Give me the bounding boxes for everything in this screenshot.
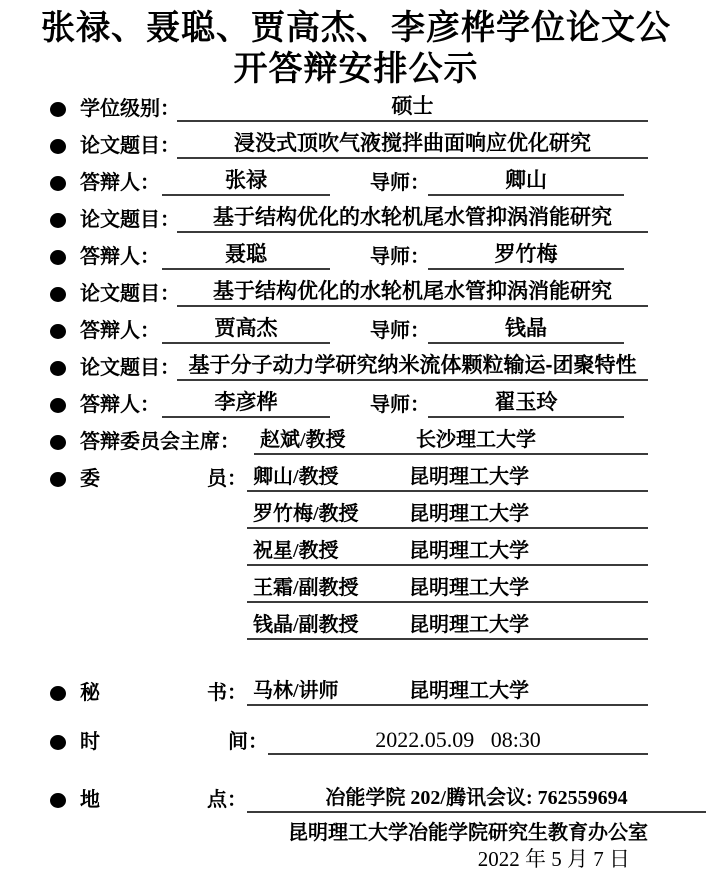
secretary-label-char1: 秘: [80, 681, 100, 706]
bullet-icon: [50, 324, 66, 339]
thesis-field: 基于结构优化的水轮机尾水管抑涡消能研究: [177, 205, 648, 233]
supervisor-label: 导师：: [370, 319, 428, 344]
bullet-icon: [50, 250, 66, 265]
thesis-field: 基于分子动力学研究纳米流体颗粒输运-团聚特性: [177, 353, 648, 381]
time-value: 2022.05.09 08:30: [375, 727, 541, 752]
supervisor-field: 钱晶: [428, 316, 624, 344]
defender-label: 答辩人：: [80, 319, 162, 344]
chair-name: 赵斌/教授: [254, 427, 416, 453]
member-university: 昆明理工大学: [409, 538, 529, 564]
supervisor-value: 钱晶: [505, 317, 547, 340]
member-name: 钱晶/副教授: [247, 612, 409, 638]
degree-row: 学位级别： 硕士: [50, 94, 648, 122]
defender-value: 贾高杰: [215, 317, 278, 340]
page-title: 张禄、聂聪、贾高杰、李彦桦学位论文公 开答辩安排公示: [0, 0, 712, 90]
supervisor-field: 卿山: [428, 168, 624, 196]
secretary-university: 昆明理工大学: [409, 678, 529, 704]
thesis-label: 论文题目：: [80, 356, 177, 381]
degree-value: 硕士: [392, 95, 434, 118]
place-label: 地点：: [80, 788, 247, 813]
thesis-field: 浸没式顶吹气液搅拌曲面响应优化研究: [177, 131, 648, 159]
secretary-field: 马林/讲师 昆明理工大学: [247, 678, 648, 706]
thesis-row: 论文题目： 基于结构优化的水轮机尾水管抑涡消能研究: [50, 196, 648, 233]
place-label-char1: 地: [80, 788, 100, 813]
supervisor-field: 翟玉玲: [428, 390, 624, 418]
supervisor-value: 卿山: [505, 169, 547, 192]
defender-row: 答辩人： 李彦桦 导师： 翟玉玲: [50, 381, 648, 418]
chair-row: 答辩委员会主席： 赵斌/教授 长沙理工大学: [50, 418, 648, 455]
announcement-document: 张禄、聂聪、贾高杰、李彦桦学位论文公 开答辩安排公示 学位级别： 硕士 论文题目…: [0, 0, 712, 883]
bullet-icon: [50, 398, 66, 413]
member-field: 王霜/副教授 昆明理工大学: [247, 575, 648, 603]
thesis-value: 浸没式顶吹气液搅拌曲面响应优化研究: [234, 132, 591, 155]
place-value: 冶能学院 202/腾讯会议: 762559694: [325, 787, 627, 809]
time-row: 时间： 2022.05.09 08:30: [50, 706, 648, 755]
member-row: 祝星/教授 昆明理工大学: [247, 529, 648, 566]
bullet-icon: [50, 213, 66, 228]
defender-label: 答辩人：: [80, 171, 162, 196]
fields-list: 学位级别： 硕士 论文题目： 浸没式顶吹气液搅拌曲面响应优化研究 答辩人： 张禄…: [0, 94, 712, 813]
member-name: 祝星/教授: [247, 538, 409, 564]
place-field: 冶能学院 202/腾讯会议: 762559694: [247, 785, 706, 813]
thesis-row: 论文题目： 浸没式顶吹气液搅拌曲面响应优化研究: [50, 122, 648, 159]
thesis-label: 论文题目：: [80, 208, 177, 233]
member-university: 昆明理工大学: [409, 612, 529, 638]
degree-field: 硕士: [177, 94, 648, 122]
defender-value: 李彦桦: [215, 391, 278, 414]
member-row: 王霜/副教授 昆明理工大学: [247, 566, 648, 603]
supervisor-label: 导师：: [370, 245, 428, 270]
member-name: 罗竹梅/教授: [247, 501, 409, 527]
secretary-name: 马林/讲师: [247, 678, 409, 704]
degree-label: 学位级别：: [80, 97, 177, 122]
supervisor-value: 罗竹梅: [495, 243, 558, 266]
defender-field: 张禄: [162, 168, 330, 196]
chair-field: 赵斌/教授 长沙理工大学: [254, 427, 648, 455]
defender-row: 答辩人： 贾高杰 导师： 钱晶: [50, 307, 648, 344]
chair-label: 答辩委员会主席：: [80, 430, 254, 455]
bullet-icon: [50, 686, 66, 701]
bullet-icon: [50, 102, 66, 117]
member-name: 卿山/教授: [247, 464, 409, 490]
supervisor-label: 导师：: [370, 393, 428, 418]
bullet-icon: [50, 176, 66, 191]
defender-value: 张禄: [225, 169, 267, 192]
member-row: 罗竹梅/教授 昆明理工大学: [247, 492, 648, 529]
defender-field: 聂聪: [162, 242, 330, 270]
defender-value: 聂聪: [225, 243, 267, 266]
member-label-char2: 员：: [207, 467, 247, 492]
member-field: 钱晶/副教授 昆明理工大学: [247, 612, 648, 640]
bullet-icon: [50, 793, 66, 808]
thesis-row: 论文题目： 基于结构优化的水轮机尾水管抑涡消能研究: [50, 270, 648, 307]
time-field: 2022.05.09 08:30: [268, 726, 648, 756]
thesis-row: 论文题目： 基于分子动力学研究纳米流体颗粒输运-团聚特性: [50, 344, 648, 381]
member-university: 昆明理工大学: [409, 464, 529, 490]
bullet-icon: [50, 735, 66, 750]
defender-field: 贾高杰: [162, 316, 330, 344]
member-field: 祝星/教授 昆明理工大学: [247, 538, 648, 566]
thesis-value: 基于结构优化的水轮机尾水管抑涡消能研究: [213, 280, 612, 303]
member-field: 罗竹梅/教授 昆明理工大学: [247, 501, 648, 529]
thesis-label: 论文题目：: [80, 282, 177, 307]
member-field: 卿山/教授 昆明理工大学: [247, 464, 648, 492]
secretary-row: 秘书： 马林/讲师 昆明理工大学: [50, 640, 648, 706]
place-label-char2: 点：: [207, 788, 247, 813]
member-label: 委员：: [80, 467, 247, 492]
defender-row: 答辩人： 聂聪 导师： 罗竹梅: [50, 233, 648, 270]
thesis-value: 基于分子动力学研究纳米流体颗粒输运-团聚特性: [189, 354, 637, 377]
chair-university: 长沙理工大学: [416, 427, 536, 453]
defender-label: 答辩人：: [80, 393, 162, 418]
defender-field: 李彦桦: [162, 390, 330, 418]
bullet-icon: [50, 472, 66, 487]
place-row: 地点： 冶能学院 202/腾讯会议: 762559694: [50, 755, 648, 813]
member-university: 昆明理工大学: [409, 501, 529, 527]
time-label: 时间：: [80, 730, 268, 755]
time-label-char1: 时: [80, 730, 100, 755]
member-label-char1: 委: [80, 467, 100, 492]
footer-office: 昆明理工大学冶能学院研究生教育办公室: [0, 820, 648, 846]
footer: 昆明理工大学冶能学院研究生教育办公室 2022 年 5 月 7 日: [0, 820, 712, 872]
secretary-label-char2: 书：: [207, 681, 247, 706]
member-university: 昆明理工大学: [409, 575, 529, 601]
member-name: 王霜/副教授: [247, 575, 409, 601]
page-title-line1: 张禄、聂聪、贾高杰、李彦桦学位论文公: [0, 8, 712, 49]
time-label-char2: 间：: [228, 730, 268, 755]
defender-row: 答辩人： 张禄 导师： 卿山: [50, 159, 648, 196]
supervisor-value: 翟玉玲: [495, 391, 558, 414]
bullet-icon: [50, 435, 66, 450]
member-row: 钱晶/副教授 昆明理工大学: [247, 603, 648, 640]
page-title-line2: 开答辩安排公示: [0, 49, 712, 90]
bullet-icon: [50, 139, 66, 154]
secretary-label: 秘书：: [80, 681, 247, 706]
supervisor-label: 导师：: [370, 171, 428, 196]
bullet-icon: [50, 287, 66, 302]
thesis-value: 基于结构优化的水轮机尾水管抑涡消能研究: [213, 206, 612, 229]
thesis-label: 论文题目：: [80, 134, 177, 159]
defender-label: 答辩人：: [80, 245, 162, 270]
supervisor-field: 罗竹梅: [428, 242, 624, 270]
thesis-field: 基于结构优化的水轮机尾水管抑涡消能研究: [177, 279, 648, 307]
bullet-icon: [50, 361, 66, 376]
footer-date: 2022 年 5 月 7 日: [0, 846, 648, 872]
member-row: 委员： 卿山/教授 昆明理工大学: [50, 455, 648, 492]
